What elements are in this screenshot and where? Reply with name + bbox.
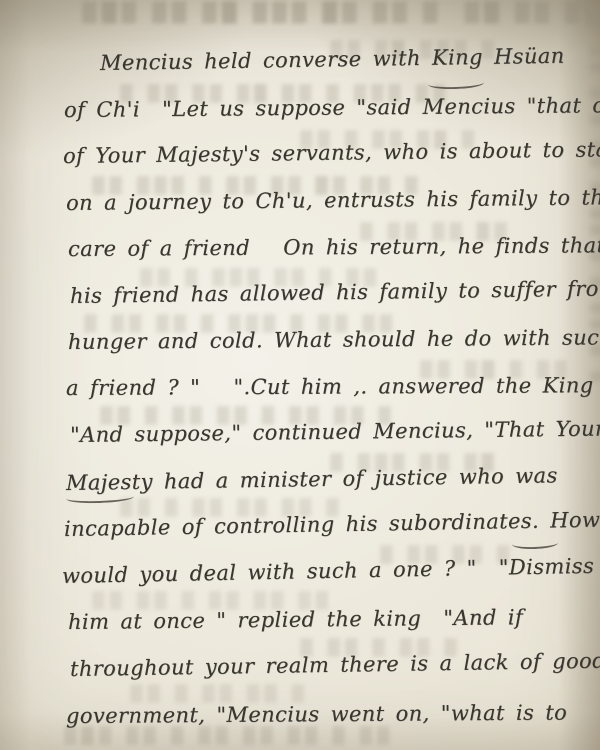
pen-flourish — [512, 537, 558, 550]
handwritten-line: "And suppose," continued Mencius, "That … — [70, 413, 600, 450]
pen-flourish — [66, 491, 134, 504]
handwritten-line: on a journey to Ch'u, entrusts his famil… — [66, 182, 600, 218]
manuscript-page: ▓█▓ ▓▓ ▓█ ▓▓▓ █▓ ▓▓ ▓ ▓█ ▓▓ ▓▓█ ▓▓ ▓█▓ ▓… — [0, 0, 600, 750]
handwritten-line: Mencius held converse with King Hsüan — [100, 41, 565, 78]
handwritten-line: Majesty had a minister of justice who wa… — [66, 460, 558, 498]
handwritten-line: throughout your realm there is a lack of… — [70, 646, 600, 684]
handwritten-line: his friend has allowed his family to suf… — [70, 273, 600, 311]
bleedthrough-text-row: ▓█▓ ▓▓ ▓█ ▓▓▓ █▓ ▓▓ ▓ ▓█ ▓▓ ▓▓█ ▓▓ ▓█▓ ▓… — [82, 4, 600, 23]
handwritten-line: hunger and cold. What should he do with … — [68, 322, 600, 357]
handwritten-line: government, "Mencius went on, "what is t… — [66, 698, 567, 731]
handwritten-line: of Ch'i "Let us suppose "said Mencius "t… — [64, 90, 600, 125]
pen-flourish — [428, 77, 484, 90]
handwritten-line: a friend ? " ".Cut him ,. answered the K… — [66, 370, 594, 403]
handwritten-line: would you deal with such a one ? " "Dism… — [62, 551, 595, 591]
handwritten-line: care of a friend On his return, he finds… — [68, 230, 600, 264]
handwritten-line: him at once " replied the king "And if — [68, 602, 523, 637]
handwritten-line: of Your Majesty's servants, who is about… — [63, 134, 600, 171]
